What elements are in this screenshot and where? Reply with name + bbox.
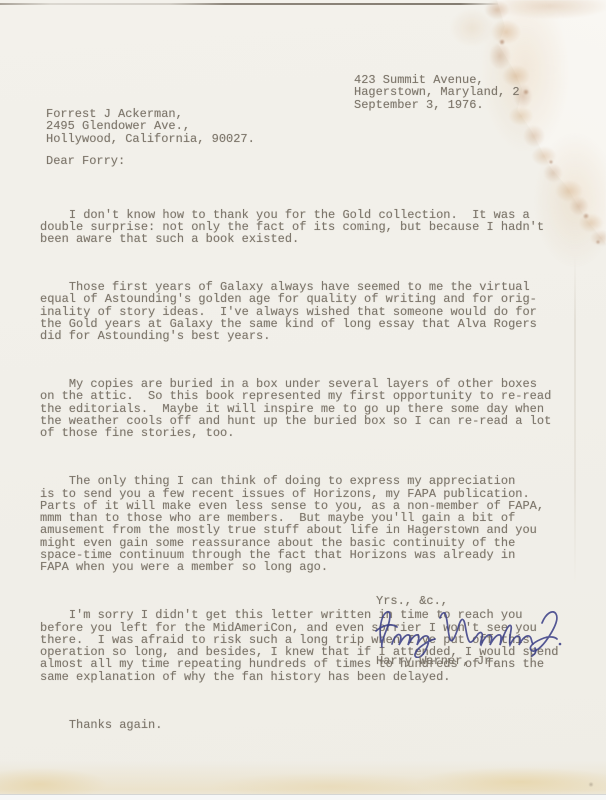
paper-crease bbox=[574, 255, 576, 585]
paragraph-1: I don't know how to thank you for the Go… bbox=[40, 209, 568, 246]
paragraph-3: My copies are buried in a box under seve… bbox=[40, 378, 568, 439]
recipient-address: Forrest J Ackerman, 2495 Glendower Ave.,… bbox=[46, 108, 255, 145]
letter-body: I don't know how to thank you for the Go… bbox=[40, 184, 568, 755]
sender-address: 423 Summit Avenue, Hagerstown, Maryland,… bbox=[354, 74, 520, 111]
typed-name: Harry Warner, Jr. bbox=[376, 655, 498, 667]
letter-paper: 423 Summit Avenue, Hagerstown, Maryland,… bbox=[0, 0, 606, 800]
bottom-right-mark bbox=[588, 782, 594, 787]
bottom-stain-band bbox=[0, 760, 606, 795]
scan-edge-strip bbox=[0, 794, 606, 800]
paragraph-4: The only thing I can think of doing to e… bbox=[40, 475, 568, 573]
thanks-line: Thanks again. bbox=[40, 719, 568, 731]
salutation: Dear Forry: bbox=[46, 155, 125, 167]
handwritten-signature: Harry Warner, Jr. bbox=[374, 604, 566, 658]
paper-top-edge bbox=[0, 3, 500, 5]
paragraph-2: Those first years of Galaxy always have … bbox=[40, 281, 568, 342]
